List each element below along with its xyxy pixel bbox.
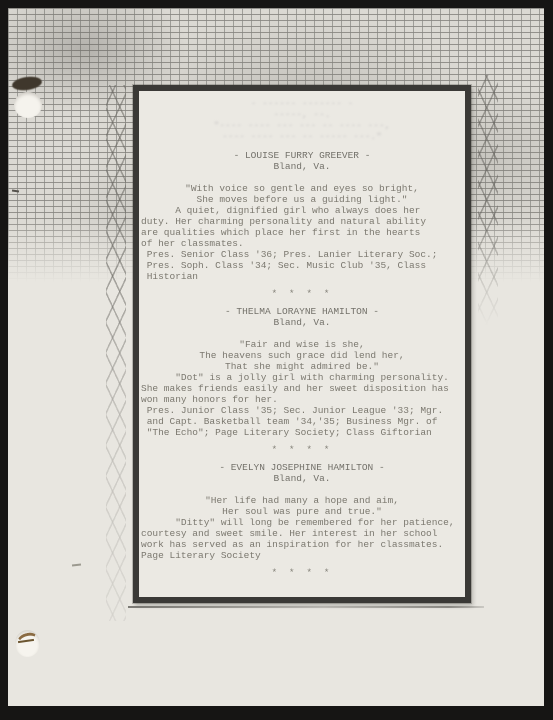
- quote-line: She moves before us a guiding light.": [139, 194, 465, 205]
- frame-underline: [128, 606, 484, 608]
- entry-description: A quiet, dignified girl who always does …: [139, 205, 465, 249]
- yearbook-entry: - EVELYN JOSEPHINE HAMILTON - Bland, Va.…: [139, 462, 465, 561]
- activities-line: and Capt. Basketball team '34,'35; Busin…: [141, 416, 465, 427]
- entry-name: - LOUISE FURRY GREEVER -: [139, 150, 465, 161]
- entry-location: Bland, Va.: [139, 161, 465, 172]
- section-separator: * * * *: [139, 567, 465, 578]
- ghost-line: "---- ---- --- --- -- ---- ---,: [139, 120, 465, 131]
- entry-location: Bland, Va.: [139, 317, 465, 328]
- entry-name: - EVELYN JOSEPHINE HAMILTON -: [139, 462, 465, 473]
- quote-line: That she might admired be.": [139, 361, 465, 372]
- description-line: are qualities which place her first in t…: [141, 227, 465, 238]
- description-line: won many honors for her.: [141, 394, 465, 405]
- description-line: work has served as an inspiration for he…: [141, 539, 465, 550]
- ghost-line: ---- ---- --- -- ----- ---.": [139, 131, 465, 142]
- yearbook-entry: - LOUISE FURRY GREEVER - Bland, Va. "Wit…: [139, 150, 465, 282]
- punch-hole-top: [14, 92, 42, 118]
- typewritten-text: - ------ ------- - -----, --. "---- ----…: [139, 91, 465, 597]
- quote-line: "Fair and wise is she,: [139, 339, 465, 350]
- entry-activities: Page Literary Society: [139, 550, 465, 561]
- activities-line: "The Echo"; Page Literary Society; Class…: [141, 427, 465, 438]
- ghost-bleed-text: - ------ ------- - -----, --. "---- ----…: [139, 98, 465, 150]
- entry-quote: "With voice so gentle and eyes so bright…: [139, 183, 465, 205]
- entry-quote: "Her life had many a hope and aim, Her s…: [139, 495, 465, 517]
- description-line: "Ditty" will long be remembered for her …: [141, 517, 465, 528]
- entry-name: - THELMA LORAYNE HAMILTON -: [139, 306, 465, 317]
- description-line: "Dot" is a jolly girl with charming pers…: [141, 372, 465, 383]
- entry-location: Bland, Va.: [139, 473, 465, 484]
- ghost-line: - ------ ------- -: [139, 98, 465, 109]
- yearbook-entry: - THELMA LORAYNE HAMILTON - Bland, Va. "…: [139, 306, 465, 438]
- quote-line: "With voice so gentle and eyes so bright…: [139, 183, 465, 194]
- quote-line: "Her life had many a hope and aim,: [139, 495, 465, 506]
- quote-line: The heavens such grace did lend her,: [139, 350, 465, 361]
- description-line: of her classmates.: [141, 238, 465, 249]
- description-line: She makes friends easily and her sweet d…: [141, 383, 465, 394]
- ghost-line: -----, --.: [139, 109, 465, 120]
- album-page: - ------ ------- - -----, --. "---- ----…: [8, 8, 544, 706]
- activities-line: Pres. Junior Class '35; Sec. Junior Leag…: [141, 405, 465, 416]
- punch-hole-bottom: [15, 630, 40, 657]
- activities-line: Pres. Senior Class '36; Pres. Lanier Lit…: [141, 249, 465, 260]
- entry-activities: Pres. Junior Class '35; Sec. Junior Leag…: [139, 405, 465, 438]
- paper-speck: [72, 564, 81, 567]
- activities-line: Historian: [141, 271, 465, 282]
- entry-description: "Dot" is a jolly girl with charming pers…: [139, 372, 465, 405]
- vine-ornament-left: [106, 85, 126, 621]
- entry-activities: Pres. Senior Class '36; Pres. Lanier Lit…: [139, 249, 465, 282]
- scanned-album-photo: - ------ ------- - -----, --. "---- ----…: [0, 0, 553, 720]
- description-line: courtesy and sweet smile. Her interest i…: [141, 528, 465, 539]
- activities-line: Pres. Soph. Class '34; Sec. Music Club '…: [141, 260, 465, 271]
- entry-description: "Ditty" will long be remembered for her …: [139, 517, 465, 550]
- description-line: duty. Her charming personality and natur…: [141, 216, 465, 227]
- section-separator: * * * *: [139, 288, 465, 299]
- entry-quote: "Fair and wise is she, The heavens such …: [139, 339, 465, 372]
- activities-line: Page Literary Society: [141, 550, 465, 561]
- quote-line: Her soul was pure and true.": [139, 506, 465, 517]
- vine-ornament-right: [478, 75, 498, 325]
- section-separator: * * * *: [139, 444, 465, 455]
- description-line: A quiet, dignified girl who always does …: [141, 205, 465, 216]
- photostat-frame: - ------ ------- - -----, --. "---- ----…: [133, 85, 471, 603]
